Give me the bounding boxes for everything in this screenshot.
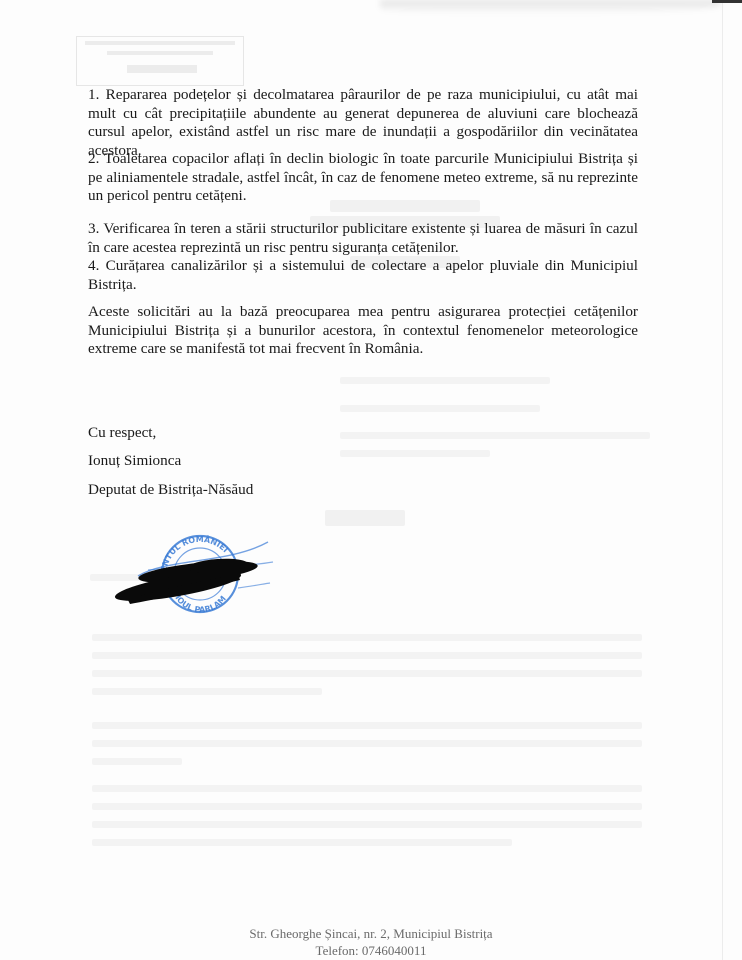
bleed-through-stamp <box>76 36 244 86</box>
request-item-4: 4. Curățarea canalizărilor și a sistemul… <box>88 257 638 294</box>
concluding-paragraph: Aceste solicitări au la bază preocuparea… <box>88 303 638 359</box>
request-item-3: 3. Verificarea în teren a stării structu… <box>88 220 638 257</box>
signer-name: Ionuț Simionca <box>88 452 181 470</box>
signature-block: ENTUL ROMÂNIEI IOUL PARLAM <box>108 528 278 618</box>
page-fold-shadow <box>380 0 720 14</box>
request-item-2: 2. Toaletarea copacilor aflați în declin… <box>88 150 638 206</box>
signer-title: Deputat de Bistrița-Năsăud <box>88 481 253 499</box>
page-corner <box>712 0 742 3</box>
footer-phone: Telefon: 0746040011 <box>0 943 742 959</box>
svg-text:IOUL PARLAM: IOUL PARLAM <box>173 594 228 615</box>
footer-address: Str. Gheorghe Șincai, nr. 2, Municipiul … <box>0 926 742 942</box>
page-edge <box>722 0 723 960</box>
request-item-1: 1. Repararea podețelor și decolmatarea p… <box>88 86 638 160</box>
closing-salutation: Cu respect, <box>88 424 156 442</box>
official-stamp-icon: ENTUL ROMÂNIEI IOUL PARLAM <box>108 528 278 618</box>
